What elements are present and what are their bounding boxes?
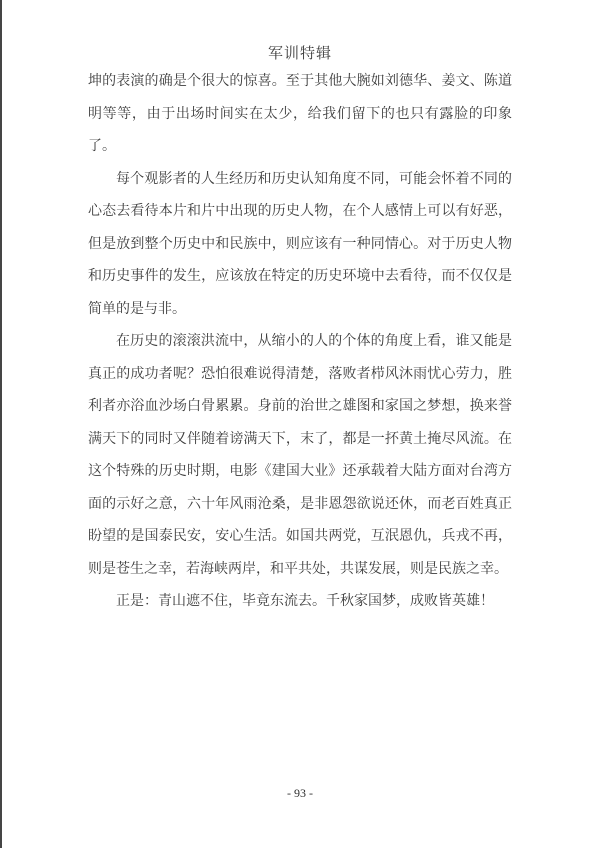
body-paragraph-2: 每个观影者的人生经历和历史认知角度不同，可能会怀着不同的心态去看待本片和片中出现… [88, 162, 512, 325]
page-edge-line [0, 0, 2, 848]
body-text: 坤的表演的确是个很大的惊喜。至于其他大腕如刘德华、姜文、陈道明等等，由于出场时间… [88, 64, 512, 617]
document-page: 军训特辑 坤的表演的确是个很大的惊喜。至于其他大腕如刘德华、姜文、陈道明等等，由… [0, 0, 600, 848]
body-paragraph-4: 正是：青山遮不住，毕竟东流去。千秋家国梦，成败皆英雄！ [88, 584, 512, 617]
body-paragraph-1: 坤的表演的确是个很大的惊喜。至于其他大腕如刘德华、姜文、陈道明等等，由于出场时间… [88, 64, 512, 162]
page-number: - 93 - [0, 786, 600, 801]
body-paragraph-3: 在历史的滚滚洪流中，从缩小的人的个体的角度上看，谁又能是真正的成功者呢？恐怕很难… [88, 324, 512, 584]
page-title: 军训特辑 [0, 0, 600, 64]
